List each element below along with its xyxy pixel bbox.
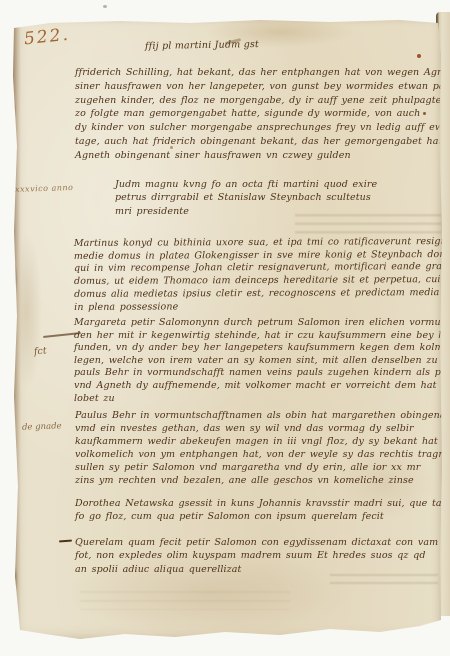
entry-line: zins ym rechten vnd bezalen, ane alle ge… [75, 474, 439, 487]
entry-line: fo go floz, cum qua petir Salomon con ip… [75, 510, 437, 523]
entry-line: volkomelich von ym entphangen hat, von d… [75, 448, 439, 461]
folio-number: 522. [23, 25, 71, 50]
entry-line: an spolii adiuc aliqua querellizat [75, 563, 431, 576]
entry-line: Paulus Behr in vormuntschafftnamen als o… [75, 409, 439, 422]
manuscript-page: 522. ffij pl martini Judm gst lxxxvico a… [10, 16, 443, 642]
manuscript-entry-7: Querelam quam fecit petir Salomon con eg… [75, 536, 431, 576]
entry-line: funden, vn dy ander bey her langepeters … [74, 342, 442, 355]
marginal-note-year: lxxxvico anno [12, 183, 74, 194]
entry-line: Querelam quam fecit petir Salomon con eg… [75, 536, 431, 549]
entry-line: Margareta petir Salomonynn durch petrum … [74, 317, 442, 330]
entry-line: tage, auch hat friderich obingenant beka… [75, 135, 443, 149]
entry-line: vnd Agneth dy auffnemende, mit volkomer … [74, 380, 442, 393]
entry-line: petrus dirrgrabil et Stanislaw Steynbach… [115, 191, 375, 204]
manuscript-entry-4: Margareta petir Salomonynn durch petrum … [74, 317, 442, 405]
manuscript-entry-5: Paulus Behr in vormuntschafftnamen als o… [75, 409, 439, 487]
entry-line: vmd ein nvestes gethan, das wen sy wil v… [75, 422, 439, 435]
entry-line: Dorothea Netawska gsessit in kuns Johann… [75, 497, 437, 510]
entry-line: Judm magnu kvng fo an octa fti martini q… [115, 178, 375, 191]
entry-line: dy kinder von sulcher morgengabe ansprec… [75, 121, 443, 135]
entry-line: siner hausfrawen von her langepeter, von… [75, 80, 443, 94]
manuscript-entry-6: Dorothea Netawska gsessit in kuns Johann… [75, 497, 437, 523]
entry-line: pauls Behr in vormundschafft namen veins… [74, 367, 442, 380]
page-heading: ffij pl martini Judm gst [145, 39, 259, 52]
manuscript-entry-2: Judm magnu kvng fo an octa fti martini q… [115, 178, 375, 218]
manuscript-entry-1: ffriderich Schilling, hat bekant, das he… [75, 66, 443, 163]
scanned-manuscript-photo: { "document": { "folio_number": "522.", … [0, 0, 450, 656]
entry-line: kaufkammern wedir abekeufen magen in iii… [75, 435, 439, 448]
background-speck [103, 5, 107, 8]
entry-line: Agneth obingenant siner hausfrawen vn cz… [75, 149, 443, 163]
verso-show-through [80, 584, 290, 610]
ink-speck [417, 54, 421, 58]
paragraph-dash [59, 540, 72, 543]
entry-line: fot, non expledes olim kuyspam madrem su… [75, 549, 431, 562]
entry-line: domus alia medietas ipsius cletir est, r… [74, 287, 444, 302]
manuscript-entry-3: Martinus konyd cu bithinia uxore sua, et… [74, 236, 444, 314]
entry-line: zo folgte man gemorgengabet hatte, sigun… [75, 107, 443, 121]
entry-line: sullen sy petir Salomon vnd margaretha v… [75, 461, 439, 474]
marginal-note-fct: fct [33, 345, 47, 357]
entry-line: ffriderich Schilling, hat bekant, das he… [75, 66, 443, 80]
entry-line: den her mit ir kegenwirtig stehinde, hat… [74, 330, 442, 343]
binding-gutter-edge [10, 16, 21, 642]
marginal-note-gnade: de gnade [22, 421, 62, 432]
entry-line: zugehen kinder, des floz ne morgengabe, … [75, 94, 443, 108]
entry-line: mri presidente [115, 205, 375, 218]
entry-line: legen, welche von irem vater an sy komen… [74, 355, 442, 368]
entry-line: in plena possessione [74, 300, 444, 315]
entry-line: lobet zu [74, 393, 442, 406]
